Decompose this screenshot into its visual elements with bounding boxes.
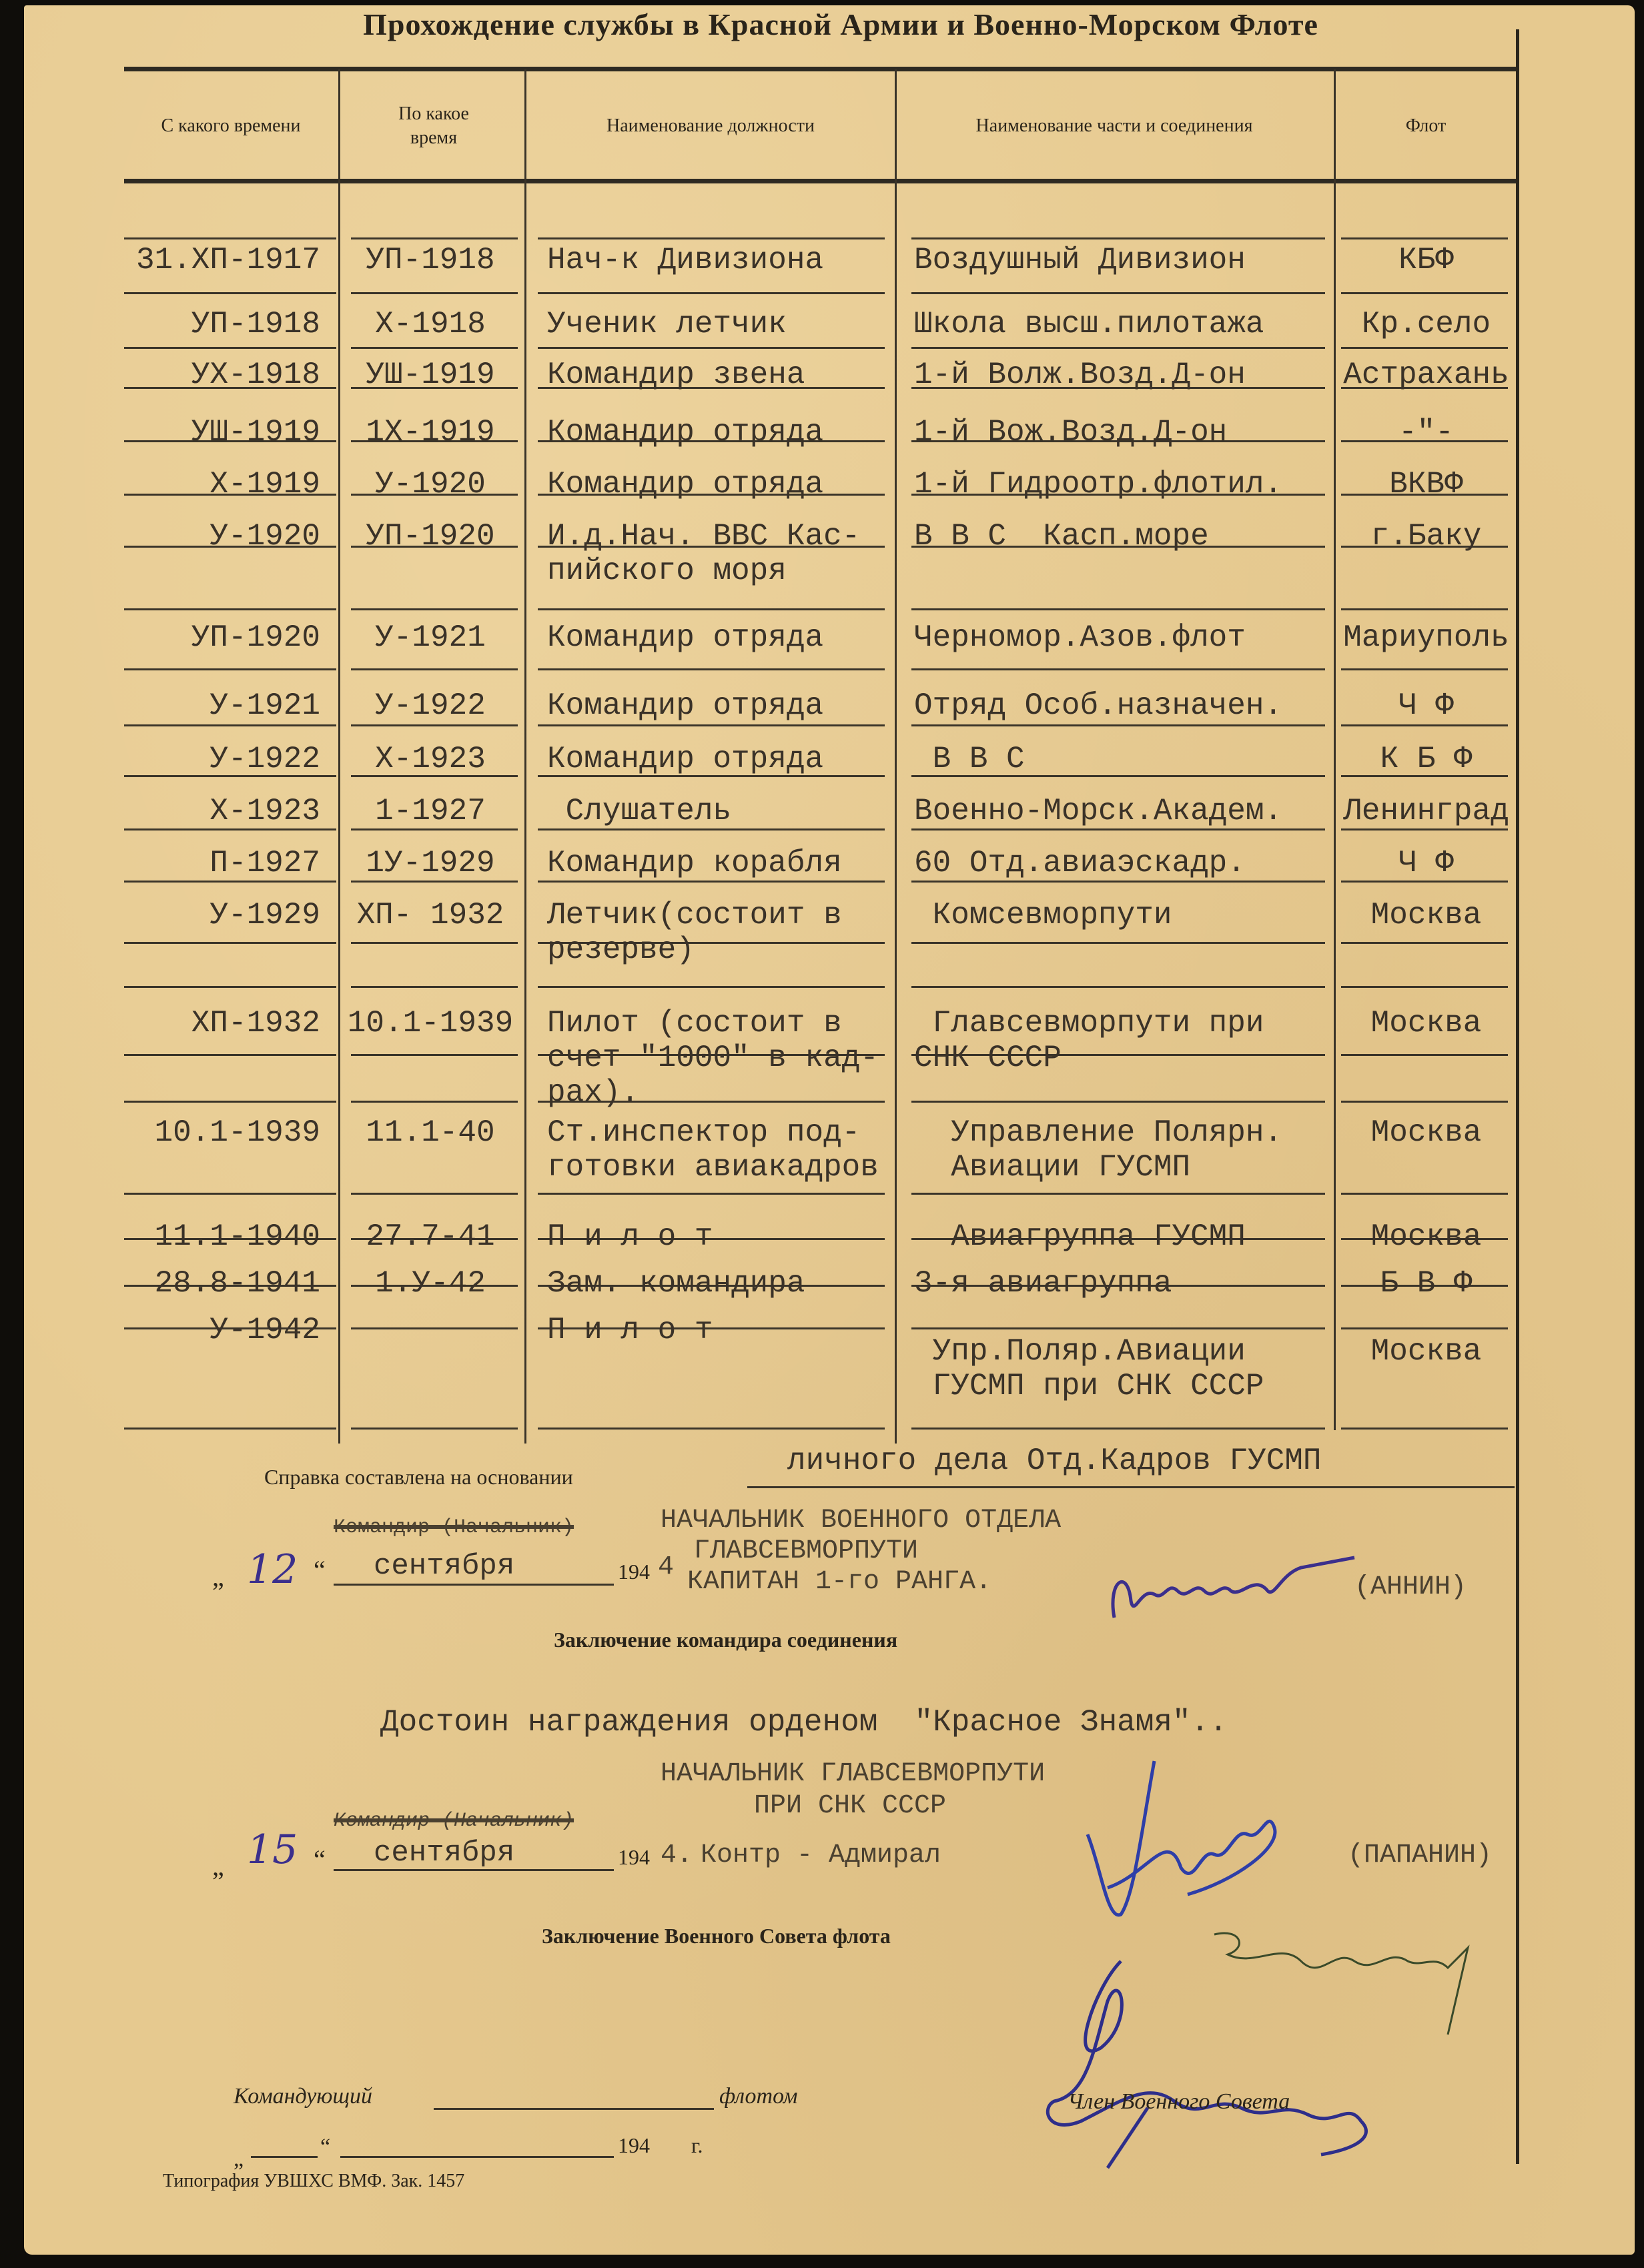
cell-position: И.д.Нач. ВВС Кас- пийского моря	[547, 519, 894, 588]
row-rule	[538, 1428, 885, 1430]
row-rule	[124, 1193, 336, 1195]
cell-to: УШ-1919	[340, 358, 520, 392]
cell-to: 1-1927	[340, 794, 520, 828]
council-date-suffix: г.	[691, 2133, 703, 2158]
cell-position: Нач-к Дивизиона	[547, 243, 894, 277]
signature-council-member	[1027, 1948, 1508, 2175]
row-rule	[911, 1193, 1325, 1195]
cell-from: ХП-1932	[107, 1006, 320, 1041]
row-rule	[124, 608, 336, 610]
second-date-underline	[334, 1869, 614, 1871]
basis-value: личного дела Отд.Кадров ГУСМП	[787, 1444, 1322, 1478]
cell-unit: Черномор.Азов.флот	[914, 620, 1321, 655]
row-rule	[124, 347, 336, 349]
cell-to: ХП- 1932	[340, 898, 520, 933]
header-fleet: Флот	[1336, 69, 1515, 183]
council-date-open-quote: „	[234, 2147, 244, 2172]
printer-imprint: Типография УВШХС ВМФ. Зак. 1457	[163, 2171, 464, 2192]
header-position: Наименование должности	[527, 69, 894, 183]
row-rule	[911, 292, 1325, 294]
row-rule	[538, 1193, 885, 1195]
row-rule	[1341, 1428, 1508, 1430]
first-date-day: 12	[247, 1546, 298, 1593]
row-rule	[911, 237, 1325, 239]
cell-fleet: -"-	[1338, 415, 1515, 450]
cell-unit: Отряд Особ.назначен.	[914, 688, 1321, 723]
row-rule	[911, 668, 1325, 670]
row-rule	[351, 668, 518, 670]
row-rule	[124, 1428, 336, 1430]
row-rule	[1341, 237, 1508, 239]
cell-position: Зам. командира	[547, 1266, 894, 1301]
row-rule	[351, 1428, 518, 1430]
first-date-open-quote: „	[212, 1561, 224, 1592]
cell-position: Слушатель	[547, 794, 894, 828]
cell-from: 11.1-1940	[107, 1219, 320, 1254]
second-title-line-2: ПРИ СНК СССР	[754, 1790, 946, 1822]
row-rule	[351, 881, 518, 883]
cell-unit: 1-й Вож.Возд.Д-он	[914, 415, 1321, 450]
row-rule	[538, 237, 885, 239]
row-rule	[1341, 724, 1508, 726]
second-date-year-prefix: 194	[618, 1845, 650, 1870]
row-rule	[351, 237, 518, 239]
cell-from: Х-1919	[107, 467, 320, 502]
cell-fleet: Астрахань	[1338, 358, 1515, 392]
cell-position: Командир отряда	[547, 415, 894, 450]
row-rule	[1341, 668, 1508, 670]
cell-from: 28.8-1941	[107, 1266, 320, 1301]
row-rule	[538, 608, 885, 610]
row-rule	[124, 986, 336, 988]
row-rule	[1341, 347, 1508, 349]
row-rule	[538, 724, 885, 726]
row-rule	[911, 942, 1325, 944]
second-date-year-suffix: 4.	[661, 1840, 693, 1872]
header-from: С какого времени	[124, 69, 338, 183]
row-rule	[538, 881, 885, 883]
row-rule	[124, 881, 336, 883]
cell-position: Летчик(состоит в резерве)	[547, 898, 894, 967]
cell-from: У-1921	[107, 688, 320, 723]
row-rule	[1341, 608, 1508, 610]
cell-fleet: г.Баку	[1338, 519, 1515, 554]
row-rule	[538, 292, 885, 294]
header-to: По какое время	[374, 69, 494, 183]
row-rule	[1341, 828, 1508, 830]
cell-to: Х-1923	[340, 742, 520, 776]
cell-position: Командир отряда	[547, 620, 894, 655]
row-rule	[1341, 1327, 1508, 1329]
council-commander-underline	[434, 2108, 714, 2110]
cell-from: 31.ХП-1917	[107, 243, 320, 277]
row-rule	[351, 828, 518, 830]
cell-position: Ст.инспектор под- готовки авиакадров	[547, 1115, 894, 1185]
row-rule	[351, 942, 518, 944]
second-date-close-quote: “	[314, 1844, 326, 1875]
cell-fleet: Москва	[1338, 1334, 1515, 1369]
row-rule	[124, 724, 336, 726]
right-margin-rule	[1516, 29, 1519, 2164]
row-rule	[351, 347, 518, 349]
cell-position: Пилот (состоит в счет "1000" в кад- рах)…	[547, 1006, 894, 1110]
commander-conclusion-heading: Заключение командира соединения	[554, 1628, 897, 1652]
council-date-year: 194	[618, 2133, 650, 2158]
cell-to: Х-1918	[340, 307, 520, 342]
cell-to: У-1921	[340, 620, 520, 655]
cell-unit: Упр.Поляр.Авиации ГУСМП при СНК СССР	[914, 1334, 1321, 1403]
cell-position: Командир звена	[547, 358, 894, 392]
row-rule	[911, 1327, 1325, 1329]
cell-fleet: Москва	[1338, 898, 1515, 933]
signature-papanin	[1068, 1734, 1308, 1934]
row-rule	[351, 1193, 518, 1195]
council-member-label: Член Военного Совета	[1068, 2089, 1290, 2115]
cell-to: УП-1920	[340, 519, 520, 554]
cell-position: Ученик летчик	[547, 307, 894, 342]
cell-position: П и л о т	[547, 1313, 894, 1347]
row-rule	[124, 292, 336, 294]
row-rule	[1341, 1054, 1508, 1056]
row-rule	[911, 1428, 1325, 1430]
column-divider	[1334, 69, 1336, 1430]
row-rule	[911, 724, 1325, 726]
row-rule	[1341, 881, 1508, 883]
cell-from: 10.1-1939	[107, 1115, 320, 1150]
row-rule	[124, 237, 336, 239]
cell-position: Командир корабля	[547, 846, 894, 881]
cell-position: П и л о т	[547, 1219, 894, 1254]
row-rule	[351, 724, 518, 726]
row-rule	[538, 347, 885, 349]
row-rule	[124, 942, 336, 944]
row-rule	[124, 1101, 336, 1103]
second-signatory: (ПАПАНИН)	[1348, 1840, 1492, 1872]
header-unit: Наименование части и соединения	[897, 69, 1331, 183]
row-rule	[351, 608, 518, 610]
cell-position: Командир отряда	[547, 742, 894, 776]
signature-annin	[1101, 1554, 1381, 1634]
first-title-line-1: НАЧАЛЬНИК ВОЕННОГО ОТДЕЛА	[661, 1505, 1061, 1537]
cell-unit: 1-й Гидроотр.флотил.	[914, 467, 1321, 502]
cell-to: 10.1-1939	[340, 1006, 520, 1041]
cell-position: Командир отряда	[547, 688, 894, 723]
second-title-line-1: НАЧАЛЬНИК ГЛАВСЕВМОРПУТИ	[661, 1758, 1045, 1790]
cell-fleet: ВКВФ	[1338, 467, 1515, 502]
column-divider	[524, 69, 526, 1444]
second-rank: Контр - Адмирал	[701, 1840, 941, 1872]
cell-fleet: КБФ	[1338, 243, 1515, 277]
cell-to: 1У-1929	[340, 846, 520, 881]
cell-from: Х-1923	[107, 794, 320, 828]
first-date-close-quote: “	[314, 1554, 326, 1586]
cell-from: У-1922	[107, 742, 320, 776]
cell-from: П-1927	[107, 846, 320, 881]
row-rule	[538, 986, 885, 988]
council-date-close-quote: “	[320, 2135, 330, 2160]
first-date-year-suffix: 4	[658, 1552, 674, 1584]
row-rule	[124, 828, 336, 830]
row-rule	[351, 1327, 518, 1329]
cell-unit: Школа высш.пилотажа	[914, 307, 1321, 342]
cell-unit: Комсевморпути	[914, 898, 1321, 933]
cell-position: Командир отряда	[547, 467, 894, 502]
cell-fleet: К Б Ф	[1338, 742, 1515, 776]
cell-from: УП-1920	[107, 620, 320, 655]
struck-commander-label-2: Командир (Начальник)	[334, 1805, 574, 1837]
row-rule	[1341, 1193, 1508, 1195]
cell-fleet: Кр.село	[1338, 307, 1515, 342]
cell-from: У-1929	[107, 898, 320, 933]
council-conclusion-heading: Заключение Военного Совета флота	[542, 1924, 891, 1948]
cell-to: 11.1-40	[340, 1115, 520, 1150]
cell-unit: В В С Касп.море	[914, 519, 1321, 554]
row-rule	[911, 986, 1325, 988]
cell-unit: 60 Отд.авиаэскадр.	[914, 846, 1321, 881]
basis-underline	[747, 1486, 1515, 1488]
cell-unit: Управление Полярн. Авиации ГУСМП	[914, 1115, 1321, 1185]
cell-fleet: Ленинград	[1338, 794, 1515, 828]
cell-unit: 3-я авиагруппа	[914, 1266, 1321, 1301]
basis-label: Справка составлена на основании	[264, 1465, 573, 1490]
page-title: Прохождение службы в Красной Армии и Вое…	[254, 7, 1428, 42]
column-divider	[895, 69, 897, 1444]
cell-fleet: Москва	[1338, 1115, 1515, 1150]
second-date-month: сентября	[374, 1836, 514, 1870]
council-date-month-line	[340, 2156, 614, 2158]
cell-to: У-1920	[340, 467, 520, 502]
first-title-line-3: КАПИТАН 1-го РАНГА.	[687, 1566, 991, 1598]
council-date-day-line	[251, 2156, 318, 2158]
cell-from: УШ-1919	[107, 415, 320, 450]
cell-fleet: Б В Ф	[1338, 1266, 1515, 1301]
cell-from: УП-1918	[107, 307, 320, 342]
cell-fleet: Ч Ф	[1338, 688, 1515, 723]
first-title-line-2: ГЛАВСЕВМОРПУТИ	[694, 1536, 918, 1568]
row-rule	[1341, 986, 1508, 988]
row-rule	[124, 668, 336, 670]
row-rule	[911, 881, 1325, 883]
row-rule	[1341, 1101, 1508, 1103]
cell-unit: В В С	[914, 742, 1321, 776]
row-rule	[911, 608, 1325, 610]
cell-from: У-1942	[107, 1313, 320, 1347]
row-rule	[1341, 292, 1508, 294]
council-fleet-label: флотом	[719, 2084, 798, 2109]
cell-from: УХ-1918	[107, 358, 320, 392]
first-date-month: сентября	[374, 1549, 514, 1584]
cell-to: 27.7-41	[340, 1219, 520, 1254]
cell-unit: 1-й Волж.Возд.Д-он	[914, 358, 1321, 392]
cell-to: У-1922	[340, 688, 520, 723]
row-rule	[351, 1054, 518, 1056]
row-rule	[911, 828, 1325, 830]
cell-unit: Военно-Морск.Академ.	[914, 794, 1321, 828]
second-date-day: 15	[247, 1826, 298, 1873]
row-rule	[351, 1101, 518, 1103]
cell-from: У-1920	[107, 519, 320, 554]
row-rule	[538, 668, 885, 670]
cell-unit: Авиагруппа ГУСМП	[914, 1219, 1321, 1254]
second-date-open-quote: „	[212, 1850, 224, 1882]
cell-fleet: Москва	[1338, 1006, 1515, 1041]
first-date-year-prefix: 194	[618, 1560, 650, 1584]
row-rule	[1341, 942, 1508, 944]
cell-unit: Воздушный Дивизион	[914, 243, 1321, 277]
struck-commander-label: Командир (Начальник)	[334, 1512, 574, 1544]
row-rule	[911, 1101, 1325, 1103]
council-commander-label: Командующий	[234, 2084, 372, 2109]
cell-to: 1.У-42	[340, 1266, 520, 1301]
cell-fleet: Москва	[1338, 1219, 1515, 1254]
cell-unit: Главсевморпути при СНК СССР	[914, 1006, 1321, 1075]
cell-fleet: Ч Ф	[1338, 846, 1515, 881]
row-rule	[351, 986, 518, 988]
cell-to: 1Х-1919	[340, 415, 520, 450]
first-date-underline	[334, 1584, 614, 1586]
cell-to: УП-1918	[340, 243, 520, 277]
row-rule	[351, 292, 518, 294]
first-signatory: (АННИН)	[1354, 1572, 1467, 1604]
row-rule	[911, 347, 1325, 349]
row-rule	[538, 828, 885, 830]
cell-fleet: Мариуполь	[1338, 620, 1515, 655]
row-rule	[124, 1054, 336, 1056]
